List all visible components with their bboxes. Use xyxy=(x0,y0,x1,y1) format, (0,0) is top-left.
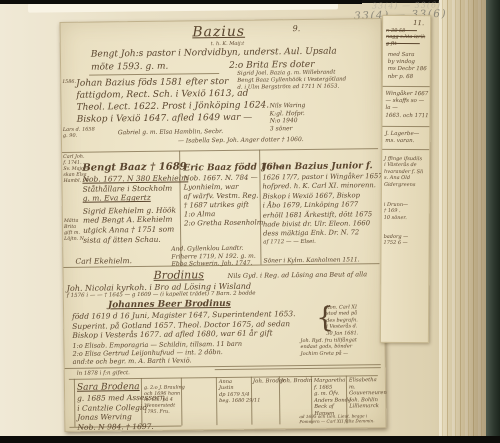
note-line: 1795. Fru. xyxy=(144,409,185,415)
note-line: 1663. och 1711 xyxy=(385,112,428,120)
note-line: ms. varan. xyxy=(385,138,419,145)
johannes-brodinus-bio: född 1619 d 16 Juni, Magister 1647, Supe… xyxy=(72,309,296,341)
entry-line: and:te och begr. m. A. Barth i Vexiö. xyxy=(73,356,243,366)
rule-line xyxy=(382,126,429,127)
note-line: Löjtn. N. xyxy=(64,237,85,243)
brodinus-title-text: Brodinus xyxy=(154,268,204,282)
note-line: Gouverneuren xyxy=(349,390,387,397)
rule-line xyxy=(62,148,378,153)
manuscript-photo: 33(4) — 33(6) 33(4) — 33(6) 9. Bazius t.… xyxy=(0,0,500,443)
strip-page-number: 11. xyxy=(413,19,424,28)
entry-line: Nob. 1677. N 380 Ekehielm xyxy=(82,173,188,184)
gifvit-line: ln 1878 i f:n gifect. xyxy=(77,370,130,378)
note-line: beg. 1680 29/11 xyxy=(219,398,260,405)
brodinus-title: Brodinus xyxy=(154,268,204,282)
strip-struck-lines: r. 30 58 —— nagg s.kta izrik g ftt — ——— xyxy=(386,28,425,47)
brodinus-title-rest: Nils Gyd. i Reg. ad Lösing ana Beut af a… xyxy=(228,270,368,280)
note-line: Jochim Greta på — xyxy=(301,350,357,357)
isabella-line: — Isabella Sep. Joh. Anger dotter † 1060… xyxy=(178,136,304,145)
entry-bengt-baaz: Bengt Baaz † 1689 Nob. 1677. N 380 Ekehi… xyxy=(82,161,189,244)
brace-notes: Kon. Carl XI stod med på des begrafn. i … xyxy=(326,304,358,336)
entry-line: utgick Anna † 1751 som xyxy=(83,224,189,235)
book-page-stack xyxy=(439,0,487,443)
margin-note-stack: Lars d. 1658 g. 90. xyxy=(63,127,95,140)
pommern-notes: ad 1695 och Gen. Lieut. begge i Pommern … xyxy=(299,413,374,425)
entry-johan-side-notes: Sigrid Joel. Bazia g. m. Willebrandt Ben… xyxy=(237,69,346,92)
header-line2-left: möte 1593. g. m. xyxy=(91,61,168,74)
entry-line: af 1712 — — Elsei. xyxy=(263,238,383,247)
manuscript-sheet: 9. Bazius t. h. K. Maij:t Bengt Joh:s pa… xyxy=(60,18,387,432)
sheet-title: Bazius xyxy=(61,22,377,42)
note-line: g ftt — ——— xyxy=(386,41,425,48)
entry-johan-bazius-junior: Johan Bazius Junior f. 1626 17/7, pastor… xyxy=(262,160,383,247)
rule-line xyxy=(74,379,76,427)
margin-note: 1586. xyxy=(62,80,76,86)
rule-line xyxy=(382,149,429,150)
entry-line: Nob. N 984. † 1697. xyxy=(77,422,165,433)
strip-group: J ffinge ifsudils i Västerås de hvarande… xyxy=(384,156,423,188)
rule-line xyxy=(216,377,218,425)
note-line: 1752 6 — xyxy=(384,240,409,247)
rule-line xyxy=(383,86,430,87)
note-line: Pommern — Carl XII fälte Demmin. xyxy=(299,419,374,425)
sheet-title-text: Bazius xyxy=(192,24,245,41)
note-line: g. 90. xyxy=(63,133,95,140)
note-line: nbr p. 68 xyxy=(388,73,427,80)
note-line: Gidergreens xyxy=(384,181,423,188)
note-line: Ebba Schwerin. Joh. 1747. xyxy=(171,260,255,269)
note-line: 3 söner xyxy=(270,125,306,133)
note-line: ms Decbr 186 xyxy=(388,66,427,73)
note-line: d. i Ulm Bergström ad 1711 N 1653. xyxy=(237,84,346,93)
photo-border-top xyxy=(0,0,362,4)
marriage-side-notes: Joh. Ryd. fru tillfångat endast gods, bö… xyxy=(300,337,357,357)
entry-line: hofpred. h. K. Carl XI. minorenn. xyxy=(262,181,382,192)
entry-brauling: g. 2:o J. Brauling och 1696 hann m. Cls.… xyxy=(144,385,185,415)
entry-joh-brodin: Joh. Brodin xyxy=(281,378,312,386)
note-line: i Vesterås d. xyxy=(326,324,358,331)
note-line: 10 söner. xyxy=(384,215,408,222)
entry-line: Biskop i Vesterås 1677. ad afled 1680, w… xyxy=(72,328,296,340)
strip-group: Wingåker 1667 — skaffs so — la — 1663. o… xyxy=(385,91,428,120)
pasted-note-strip: 11. r. 30 58 —— nagg s.kta izrik g ftt —… xyxy=(380,15,431,343)
entry-line: Biskop i Vexiö 1647. afled 1649 war — xyxy=(77,111,270,125)
strip-group: i Drunn— † 169 . 10 söner. xyxy=(384,202,408,221)
note-line: Lilliemarck xyxy=(349,403,387,410)
entry-elisabetha: Elisabetha m. Gouverneuren Joh. Bohlin L… xyxy=(349,377,387,410)
rule-line xyxy=(89,73,219,76)
johannes-brodinus-text: Johannes Beer Brodinus xyxy=(108,299,231,310)
note-line: 30 Jan 1681. xyxy=(326,330,358,337)
entry-line: sista af ätten Schau. xyxy=(83,234,189,245)
carl-ekehielm-line: Carl Ekehielm. xyxy=(75,256,132,266)
book-cover-edge xyxy=(486,0,500,443)
soner-line: Söner i Kylm. Kanholmen 1511. xyxy=(263,256,359,265)
note-line: Margaretha xyxy=(314,377,351,384)
strip-group: med Sara by vindog ms Decbr 186 nbr p. 6… xyxy=(388,52,427,81)
entry-gyllenklou: And. Gyllenklou Landtr. Friherre 1719, N… xyxy=(171,245,256,269)
rule-line xyxy=(215,367,381,370)
brodinus-marriages: 1:o Elisab. Emporagria — Schildin, tills… xyxy=(72,340,242,367)
strip-group: J. Lagerbe— ms. varan. xyxy=(385,131,419,146)
entry-line: g. m. Eva Eggertz xyxy=(83,193,189,204)
gabriel-line: Gabriel g. m. Elsa Hamblin, Secbr. xyxy=(118,128,223,137)
strip-group: badorg — 1752 6 — xyxy=(384,234,409,247)
note-line: Nils Waring xyxy=(270,102,306,110)
entry-margaretha: Margaretha f. 1665 g. m. Öfv. Anders Bon… xyxy=(314,377,351,417)
photo-border-bottom xyxy=(0,436,500,443)
entry-nils-waring: Nils Waring K:gl. Hofpr. N:o 1940 3 söne… xyxy=(270,102,306,133)
